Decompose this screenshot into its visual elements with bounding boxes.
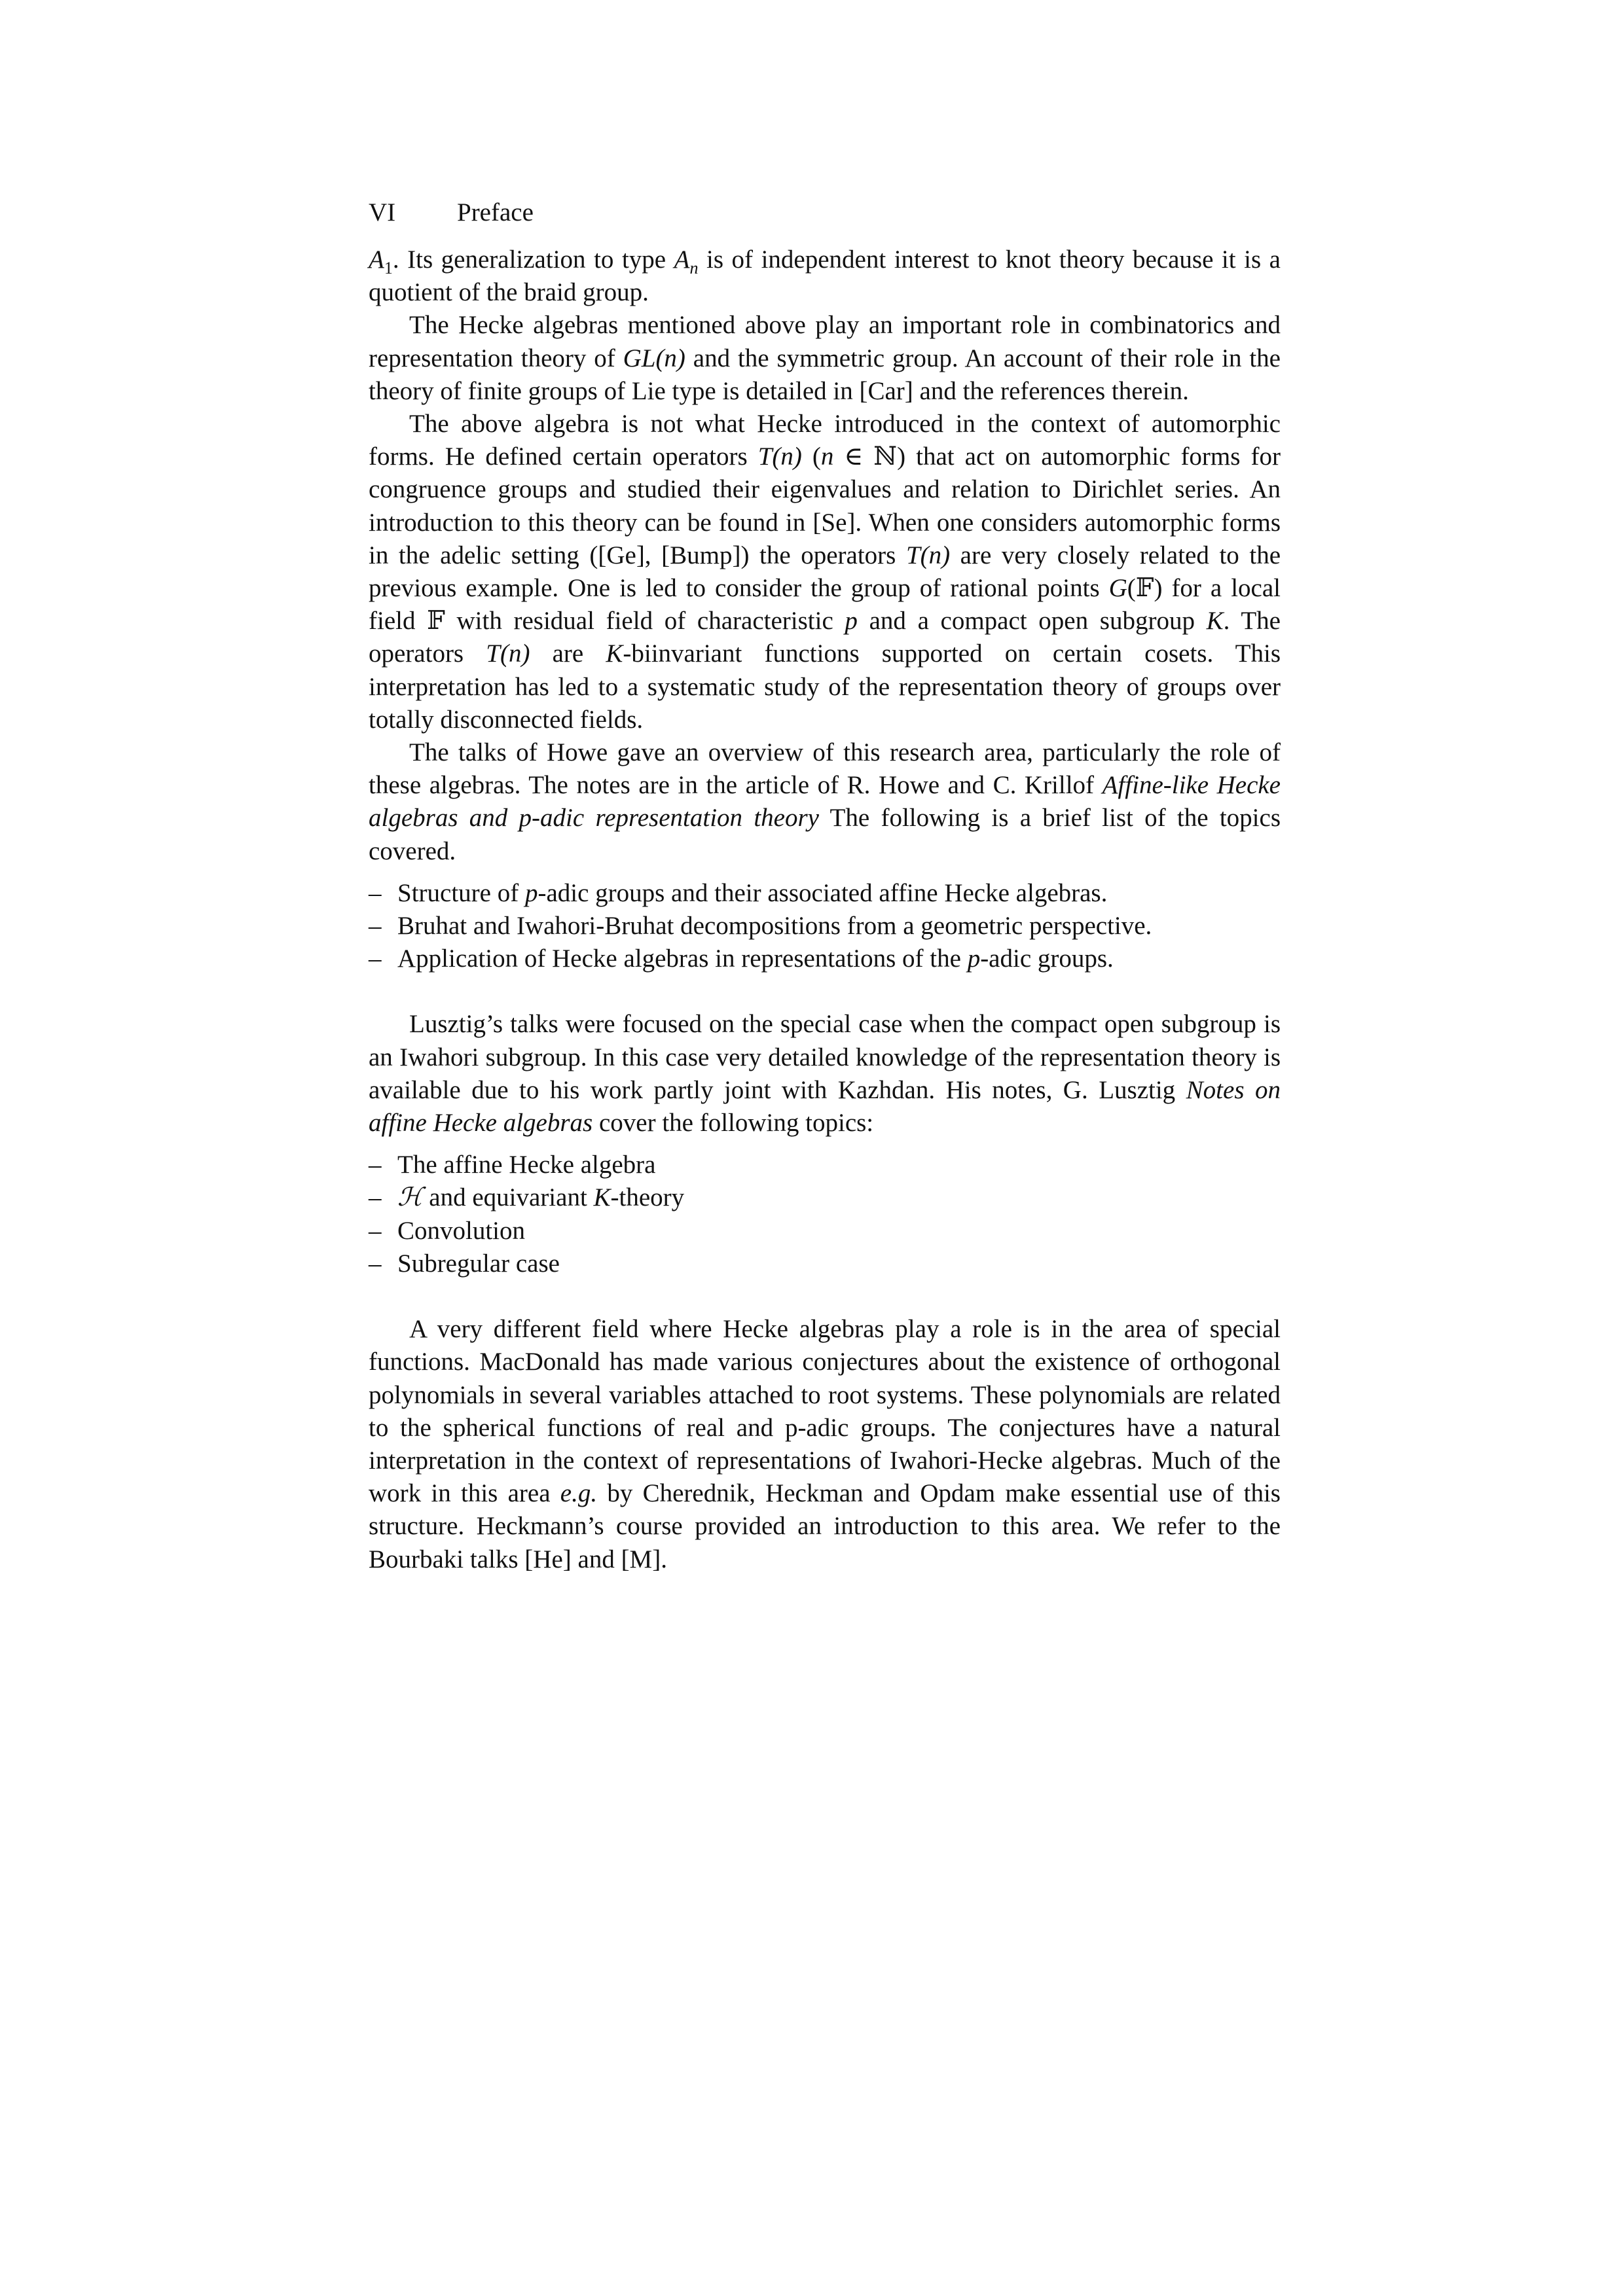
math-a: A bbox=[674, 245, 690, 274]
paragraph-howe-talks: The talks of Howe gave an overview of th… bbox=[369, 736, 1281, 868]
list-item: Application of Hecke algebras in represe… bbox=[369, 942, 1281, 975]
paragraph-continuation: A1. Its generalization to type An is of … bbox=[369, 243, 1281, 309]
list-item: Structure of p-adic groups and their ass… bbox=[369, 877, 1281, 910]
list-item: ℋ and equivariant K-theory bbox=[369, 1181, 1281, 1214]
list-item: The affine Hecke algebra bbox=[369, 1149, 1281, 1181]
running-title: Preface bbox=[457, 196, 534, 229]
list-item: Bruhat and Iwahori-Bruhat decompositions… bbox=[369, 910, 1281, 942]
list-item: Convolution bbox=[369, 1215, 1281, 1247]
paragraph-automorphic-forms: The above algebra is not what Hecke intr… bbox=[369, 408, 1281, 736]
howe-topics-list: Structure of p-adic groups and their ass… bbox=[369, 877, 1281, 976]
paragraph-lusztig-talks: Lusztig’s talks were focused on the spec… bbox=[369, 1008, 1281, 1139]
paragraph-special-functions: A very different field where Hecke algeb… bbox=[369, 1313, 1281, 1576]
math-gln: GL(n) bbox=[623, 344, 685, 372]
page: VI Preface A1. Its generalization to typ… bbox=[369, 196, 1281, 1576]
page-number: VI bbox=[369, 196, 457, 229]
running-head: VI Preface bbox=[369, 196, 1281, 229]
lusztig-topics-list: The affine Hecke algebra ℋ and equivaria… bbox=[369, 1149, 1281, 1280]
paragraph-hecke-algebras: The Hecke algebras mentioned above play … bbox=[369, 309, 1281, 408]
math-a: A bbox=[369, 245, 384, 274]
list-item: Subregular case bbox=[369, 1247, 1281, 1280]
